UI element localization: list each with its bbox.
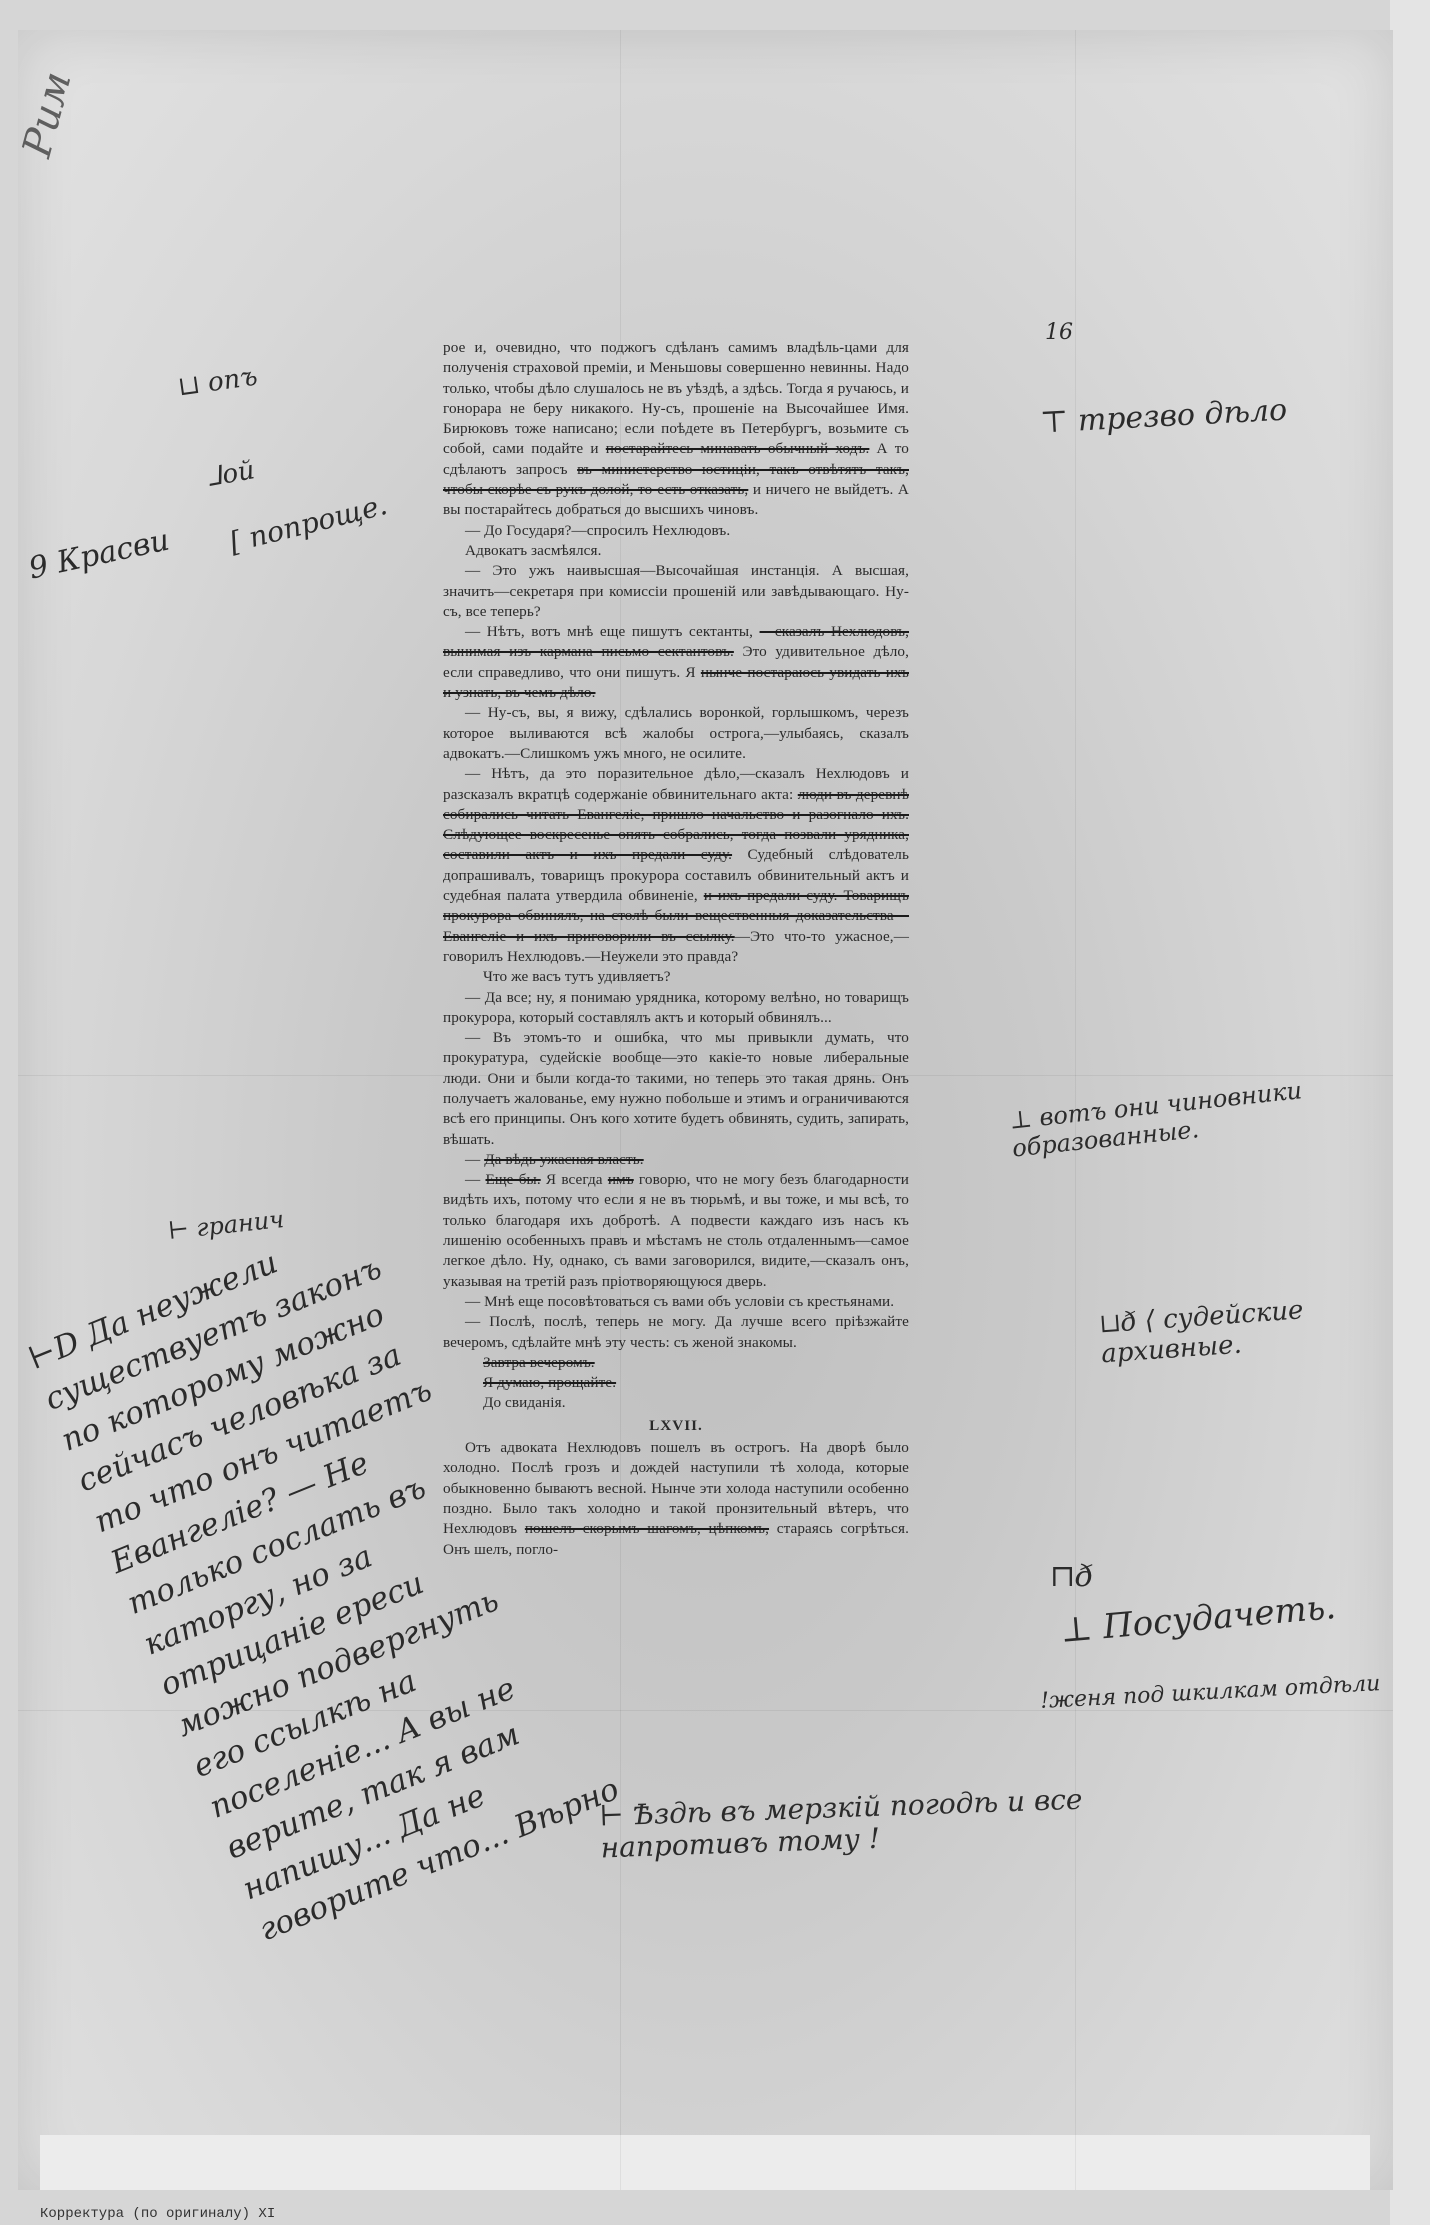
text: Я всегда [541, 1171, 608, 1188]
text: говорю, что не могу безъ благодарности в… [443, 1171, 909, 1289]
struck-line: Завтра вечеромъ. [443, 1353, 909, 1373]
printed-text-column: рое и, очевидно, что поджогъ сдѣланъ сам… [443, 338, 909, 1560]
paragraph: — Нѣтъ, вотъ мнѣ еще пишутъ сектанты, —с… [443, 622, 909, 703]
paragraph: — Еще бы. Я всегда имъ говорю, что не мо… [443, 1170, 909, 1292]
paragraph: — Ну-съ, вы, я вижу, сдѣлались воронкой,… [443, 703, 909, 764]
proof-footer: Корректура (по оригиналу) XI [40, 2206, 275, 2222]
struck-text: пошелъ скорымъ шагомъ, цѣпкомъ, [525, 1520, 769, 1537]
handwritten-note: ⊓ð [1050, 1560, 1093, 1595]
paragraph: Что же васъ тутъ удивляетъ? [443, 967, 909, 987]
paragraph: рое и, очевидно, что поджогъ сдѣланъ сам… [443, 338, 909, 521]
paragraph: — Мнѣ еще посовѣтоваться съ вами объ усл… [443, 1292, 909, 1312]
struck-text: Да вѣдь ужасная власть. [484, 1151, 643, 1168]
paragraph: — Послѣ, послѣ, теперь не могу. Да лучше… [443, 1312, 909, 1353]
text: — Нѣтъ, вотъ мнѣ еще пишутъ сектанты, [465, 623, 760, 640]
paragraph: — Это ужъ наивысшая—Высочайшая инстанція… [443, 561, 909, 622]
paragraph: До свиданія. [443, 1393, 909, 1413]
scan-right-edge [1390, 0, 1430, 2225]
paragraph: — Да вѣдь ужасная власть. [443, 1150, 909, 1170]
struck-text: имъ [608, 1171, 634, 1188]
text: — [465, 1151, 484, 1168]
sheet-bottom-strip [40, 2135, 1370, 2190]
paragraph: — До Государя?—спросилъ Нехлюдовъ. [443, 521, 909, 541]
struck-line: Я думаю, прощайте. [443, 1373, 909, 1393]
paragraph: — Въ этомъ-то и ошибка, что мы привыкли … [443, 1028, 909, 1150]
paragraph: — Нѣтъ, да это поразительное дѣло,—сказа… [443, 764, 909, 967]
text: — [465, 1171, 485, 1188]
paragraph: Адвокатъ засмѣялся. [443, 541, 909, 561]
paragraph: — Да все; ну, я понимаю урядника, которо… [443, 988, 909, 1029]
handwritten-page-number: 16 [1045, 320, 1073, 345]
struck-text: постарайтесь минавать обычный ходъ. [606, 440, 870, 457]
chapter-heading: LXVII. [443, 1416, 909, 1436]
struck-text: Еще бы. [485, 1171, 540, 1188]
